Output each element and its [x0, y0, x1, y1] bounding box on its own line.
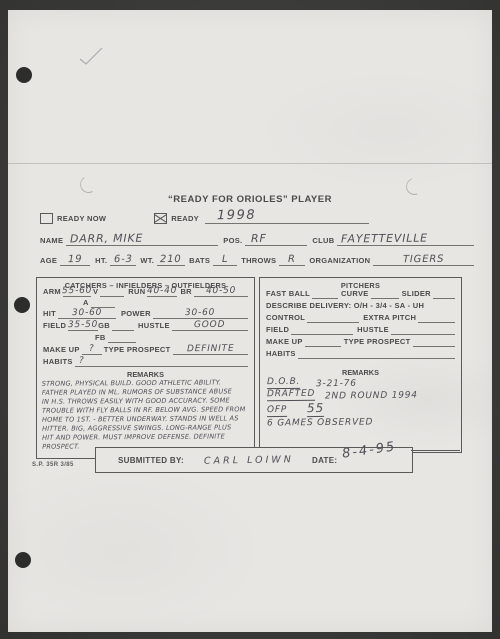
control-field — [307, 322, 359, 323]
arm-label: ARM — [43, 287, 61, 297]
makeup-field: ? — [82, 344, 102, 355]
pitcher-habits-row: HABITS — [266, 348, 455, 359]
name-row: NAME DARR, MIKE POS. RF CLUB FAYETTEVILL… — [40, 230, 474, 246]
field-label: FIELD — [43, 321, 66, 331]
fb-label: FB — [95, 333, 106, 343]
hustle-field: GOOD — [172, 320, 248, 331]
gb-label: GB — [98, 321, 110, 331]
hit-field: 30-60 — [58, 308, 116, 319]
drafted-row: DRAFTED 2ND ROUND 1994 — [267, 389, 418, 401]
remarks-text: STRONG, PHYSICAL BUILD. GOOD ATHLETIC AB… — [42, 378, 250, 451]
hit-value: 30-60 — [72, 308, 102, 318]
curve-label: CURVE — [341, 289, 369, 299]
pitcher-field-row: FIELD HUSTLE — [266, 324, 455, 335]
date-label: DATE: — [312, 456, 337, 465]
power-label: POWER — [121, 309, 151, 319]
habits-label: HABITS — [43, 357, 73, 367]
makeup-label: MAKE UP — [43, 345, 80, 355]
ready-label: READY — [171, 214, 199, 224]
gb-field — [112, 330, 134, 331]
pitcher-makeup-field — [305, 346, 341, 347]
ready-checkbox — [154, 213, 167, 224]
age-label: AGE — [40, 256, 57, 266]
run-value: 40-40 — [147, 286, 177, 296]
pos-value: RF — [251, 232, 267, 245]
hustle-label: HUSTLE — [138, 321, 170, 331]
pitcher-habits-label: HABITS — [266, 349, 296, 359]
wt-field: 210 — [157, 254, 185, 266]
club-label: CLUB — [312, 236, 334, 246]
age-row: AGE 19 HT. 6-3 WT. 210 BATS L THROWS R O… — [40, 250, 474, 266]
pos-field: RF — [245, 232, 307, 246]
arm-a-label: A — [83, 298, 89, 308]
pitchers-box: PITCHERS FAST BALL CURVE SLIDER DESCRIBE… — [259, 277, 462, 453]
habits-value: ? — [79, 356, 85, 366]
submitted-by-box: SUBMITTED BY: CARL LOIWN DATE: 8-4-95 — [95, 447, 413, 473]
br-value: 40-50 — [206, 286, 236, 296]
pos-label: POS. — [223, 236, 242, 246]
ofp-row: OFP 55 — [267, 401, 324, 417]
club-field: FAYETTEVILLE — [337, 232, 474, 246]
games-observed-row: 6 GAMES OBSERVED — [267, 418, 373, 428]
wt-label: WT. — [140, 256, 154, 266]
delivery-label: DESCRIBE DELIVERY: O/H - 3/4 - SA - UH — [266, 301, 424, 311]
name-value: DARR, MIKE — [70, 232, 143, 246]
ready-year-value: 1998 — [217, 208, 256, 223]
field-value: 35-50 — [68, 320, 98, 330]
box-connector-line — [411, 450, 460, 451]
type-prospect-value: DEFINITE — [186, 344, 234, 354]
ht-label: HT. — [95, 256, 107, 266]
form-title: “READY FOR ORIOLES” PLAYER — [8, 194, 492, 205]
control-label: CONTROL — [266, 313, 305, 323]
arm-run-row: ARM 55-60 V RUN 40-40 BR 40-50 — [43, 286, 248, 297]
pitcher-type-prospect-label: TYPE PROSPECT — [344, 337, 411, 347]
hole-punch-icon — [14, 297, 30, 313]
scouting-form-page: “READY FOR ORIOLES” PLAYER READY NOW REA… — [8, 10, 492, 632]
name-field: DARR, MIKE — [66, 232, 218, 246]
fast-ball-field — [312, 298, 338, 299]
makeup-value: ? — [89, 344, 95, 354]
ready-now-checkbox — [40, 213, 53, 224]
ready-status-row: READY NOW READY 1998 — [40, 208, 369, 224]
ofp-label: OFP — [267, 405, 287, 417]
arm-a-row: A — [43, 297, 248, 308]
ready-now-label: READY NOW — [57, 214, 106, 224]
position-players-box: CATCHERS – INFIELDERS – OUTFIELDERS ARM … — [36, 277, 255, 459]
extra-pitch-field — [418, 322, 455, 323]
habits-row: HABITS ? — [43, 356, 248, 367]
age-field: 19 — [60, 254, 90, 266]
type-prospect-label: TYPE PROSPECT — [104, 345, 171, 355]
remarks-line: HIT AND POWER. MUST IMPROVE DEFENSE. DEF… — [42, 432, 250, 442]
org-value: TIGERS — [403, 254, 444, 265]
pitcher-habits-field — [298, 358, 455, 359]
dob-label: D.O.B. — [267, 377, 300, 389]
slider-field — [433, 298, 455, 299]
org-field: TIGERS — [373, 254, 474, 266]
wt-value: 210 — [160, 254, 182, 265]
throws-value: R — [288, 254, 296, 265]
arm-v-label: V — [93, 287, 98, 297]
fb-field — [108, 342, 136, 343]
pitcher-hustle-field — [391, 334, 455, 335]
makeup-row: MAKE UP ? TYPE PROSPECT DEFINITE — [43, 344, 248, 355]
pitcher-makeup-row: MAKE UP TYPE PROSPECT — [266, 336, 455, 347]
power-field: 30-60 — [153, 308, 248, 319]
pitcher-makeup-label: MAKE UP — [266, 337, 303, 347]
curve-field — [371, 298, 399, 299]
hit-label: HIT — [43, 309, 56, 319]
arm-value: 55-60 — [62, 286, 92, 296]
extra-pitch-label: EXTRA PITCH — [363, 313, 416, 323]
ht-field: 6-3 — [110, 254, 136, 266]
pencil-checkmark-icon — [78, 46, 104, 68]
club-value: FAYETTEVILLE — [341, 232, 428, 246]
ht-value: 6-3 — [114, 254, 133, 265]
arm-field: 55-60 — [63, 286, 91, 297]
form-code: S.P. 35R 3/85 — [32, 462, 74, 468]
run-field: 40-40 — [147, 286, 177, 297]
throws-field: R — [279, 254, 305, 266]
field-field: 35-50 — [68, 320, 98, 331]
ofp-value: 55 — [307, 401, 324, 417]
hole-punch-icon — [15, 552, 31, 568]
scan-artifact-arc — [78, 174, 99, 195]
throws-label: THROWS — [241, 256, 276, 266]
hole-punch-icon — [16, 67, 32, 83]
pitcher-hustle-label: HUSTLE — [357, 325, 389, 335]
control-row: CONTROL EXTRA PITCH — [266, 312, 455, 323]
bats-label: BATS — [189, 256, 210, 266]
br-label: BR — [180, 287, 191, 297]
drafted-label: DRAFTED — [267, 389, 315, 402]
pitcher-field-field — [291, 334, 353, 335]
name-label: NAME — [40, 236, 63, 246]
bats-value: L — [222, 254, 228, 265]
games-observed-value: 6 GAMES OBSERVED — [267, 417, 373, 428]
br-field: 40-50 — [194, 286, 248, 297]
dob-value: 3-21-76 — [316, 379, 357, 389]
slider-label: SLIDER — [402, 289, 431, 299]
fast-ball-label: FAST BALL — [266, 289, 310, 299]
run-label: RUN — [128, 287, 145, 297]
field-hustle-row: FIELD 35-50 GB HUSTLE GOOD — [43, 320, 248, 331]
fb-row: FB — [43, 332, 248, 343]
org-label: ORGANIZATION — [309, 256, 370, 266]
hit-power-row: HIT 30-60 POWER 30-60 — [43, 308, 248, 319]
scan-artifact-line — [8, 163, 492, 164]
age-value: 19 — [68, 254, 82, 265]
scanner-background: “READY FOR ORIOLES” PLAYER READY NOW REA… — [0, 0, 500, 639]
drafted-value: 2ND ROUND 1994 — [325, 391, 418, 402]
hustle-value: GOOD — [194, 320, 225, 330]
type-prospect-field: DEFINITE — [173, 344, 248, 355]
power-value: 30-60 — [185, 308, 215, 318]
dob-row: D.O.B. 3-21-76 — [267, 377, 357, 389]
pitcher-type-prospect-field — [413, 346, 455, 347]
delivery-row: DESCRIBE DELIVERY: O/H - 3/4 - SA - UH — [266, 300, 455, 311]
bats-field: L — [213, 254, 237, 266]
submitted-by-label: SUBMITTED BY: — [118, 456, 184, 465]
habits-field: ? — [75, 356, 248, 367]
ready-year-field: 1998 — [205, 208, 369, 224]
fastball-row: FAST BALL CURVE SLIDER — [266, 288, 455, 299]
pitcher-remarks-header: REMARKS — [260, 368, 461, 377]
scout-signature: CARL LOIWN — [204, 454, 294, 467]
pitcher-field-label: FIELD — [266, 325, 289, 335]
